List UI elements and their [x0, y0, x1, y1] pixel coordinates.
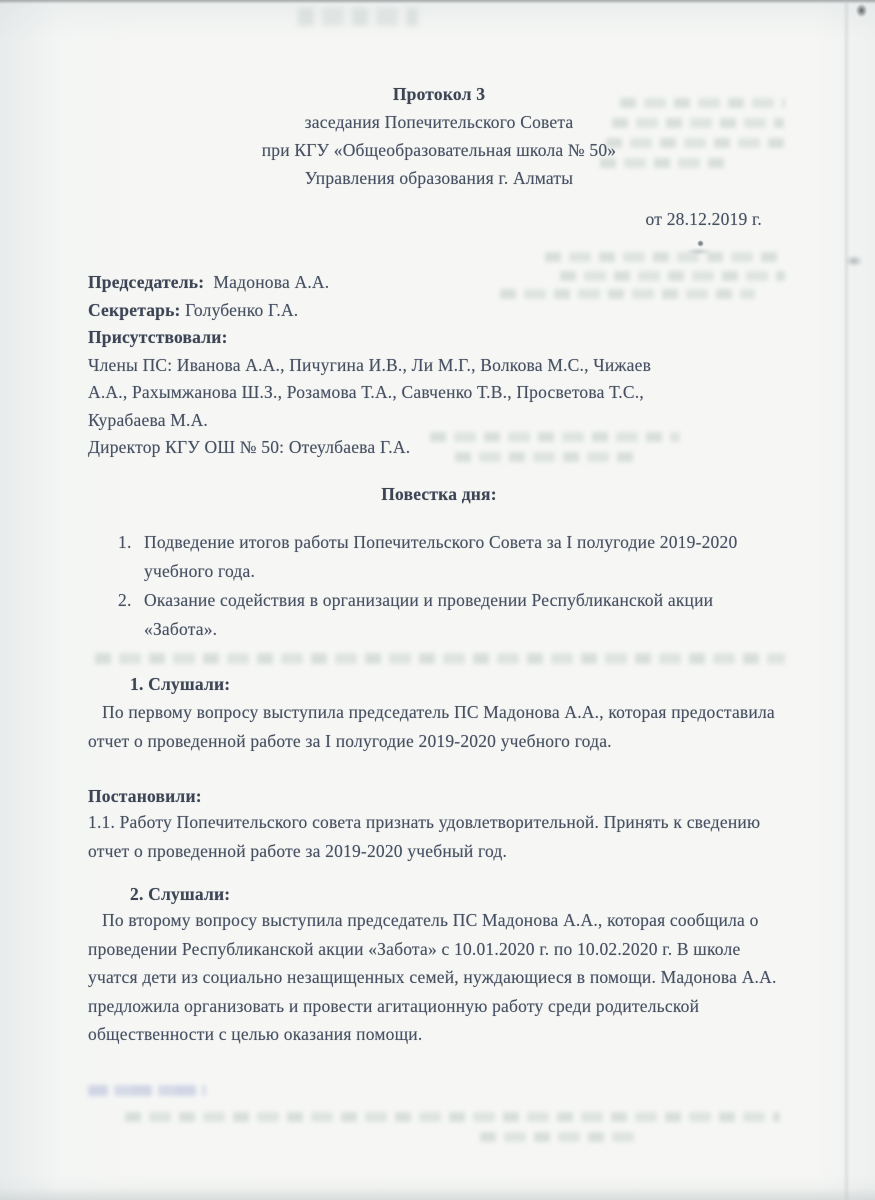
protocol-date: от 28.12.2019 г. — [88, 205, 790, 234]
section-1-body: По первому вопросу выступила председател… — [88, 698, 793, 756]
scan-dot-mark — [698, 241, 703, 246]
bleed-through-line — [545, 252, 785, 262]
agenda-heading: Повестка дня: — [88, 480, 790, 509]
scan-edge-mark — [845, 255, 863, 267]
section-2-heading: 2. Слушали: — [130, 880, 770, 909]
scan-vertical-streak — [845, 0, 848, 1200]
attendees-line-2: А.А., Рахымжанова Ш.З., Розамова Т.А., С… — [88, 379, 790, 407]
protocol-title: Протокол 3 — [88, 80, 790, 108]
chairman-row: Председатель: Мадонова А.А. — [88, 269, 790, 297]
document-page: Протокол 3 заседания Попечительского Сов… — [0, 0, 875, 1200]
section-2-body: По второму вопросу выступила председател… — [88, 906, 794, 1049]
bleed-through-line — [95, 653, 785, 664]
bleed-through-top-smudge — [298, 8, 418, 26]
agenda-item-number: 1. — [118, 528, 144, 586]
protocol-header: Протокол 3 заседания Попечительского Сов… — [88, 80, 790, 192]
bleed-through-line — [88, 1085, 206, 1096]
chairman-name: Мадонова А.А. — [213, 272, 329, 292]
scan-squiggle-mark — [686, 248, 712, 255]
agenda-item-text: Подведение итогов работы Попечительского… — [144, 528, 790, 586]
scan-bottom-band — [0, 1188, 875, 1200]
secretary-name: Голубенко Г.А. — [185, 300, 298, 320]
scan-top-edge — [0, 0, 875, 4]
scan-corner-mark — [856, 4, 867, 17]
agenda-list: 1. Подведение итогов работы Попечительск… — [88, 528, 790, 644]
secretary-row: Секретарь: Голубенко Г.А. — [88, 297, 790, 325]
resolution-body: 1.1. Работу Попечительского совета призн… — [88, 808, 793, 866]
protocol-subtitle-line-2: при КГУ «Общеобразовательная школа № 50» — [88, 136, 790, 164]
bleed-through-line — [125, 1112, 780, 1122]
attendees-line-1: Члены ПС: Иванова А.А., Пичугина И.В., Л… — [88, 352, 790, 380]
protocol-subtitle-line-1: заседания Попечительского Совета — [88, 108, 790, 136]
section-1-heading: 1. Слушали: — [130, 670, 770, 699]
agenda-item-1: 1. Подведение итогов работы Попечительск… — [88, 528, 790, 586]
protocol-subtitle-line-3: Управления образования г. Алматы — [88, 164, 790, 192]
bleed-through-line — [480, 1132, 640, 1142]
attendees-heading: Присутствовали: — [88, 324, 790, 352]
agenda-item-text: Оказание содействия в организации и пров… — [144, 586, 790, 644]
director-line: Директор КГУ ОШ № 50: Отеулбаева Г.А. — [88, 434, 790, 462]
agenda-item-2: 2. Оказание содействия в организации и п… — [88, 586, 790, 644]
agenda-item-number: 2. — [118, 586, 144, 644]
secretary-label: Секретарь: — [88, 300, 181, 320]
chairman-label: Председатель: — [88, 272, 204, 292]
participants-block: Председатель: Мадонова А.А. Секретарь: Г… — [88, 269, 790, 462]
attendees-line-3: Курабаева М.А. — [88, 407, 790, 435]
resolution-heading: Постановили: — [88, 782, 790, 811]
